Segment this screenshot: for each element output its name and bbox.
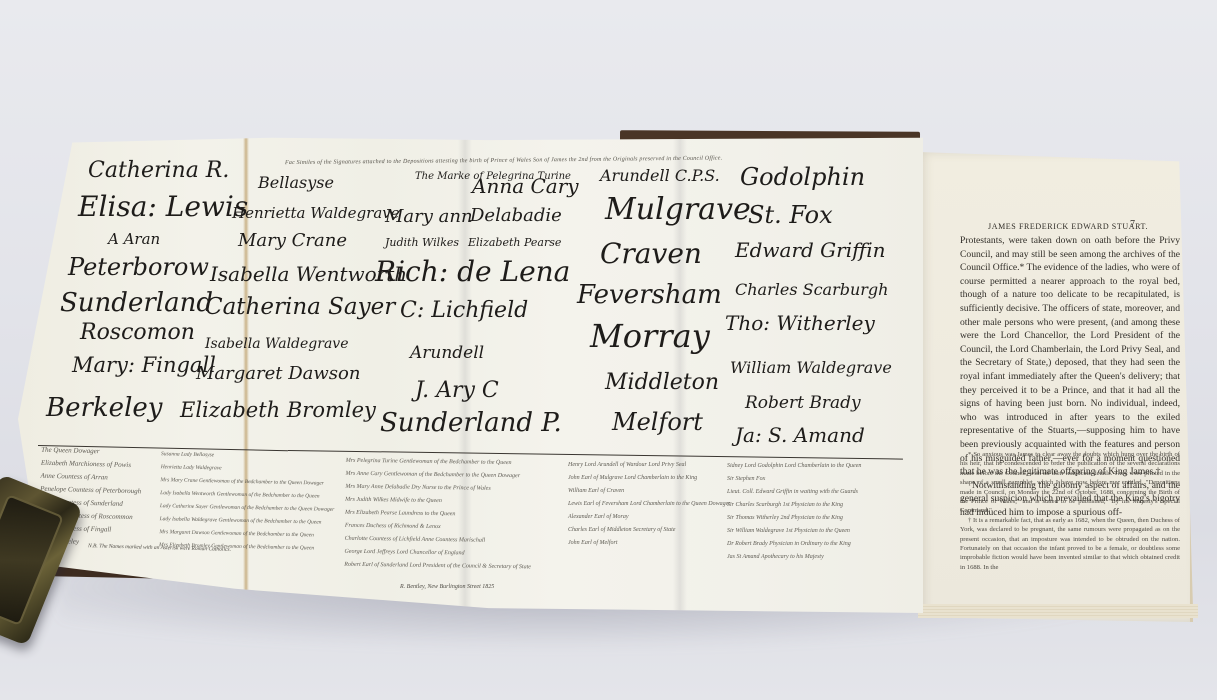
footnote-2: † It is a remarkable fact, that as early… [960,516,1180,572]
signature: Morray [590,320,710,352]
signature: Feversham [577,282,722,308]
signature: Middleton [605,372,719,394]
list-item: Sir William Waldegrave 1st Physician to … [727,525,861,538]
signature: Bellasyse [258,175,334,191]
names-list-column-3: Mrs Pelegrina Turine Gentlewoman of the … [344,455,532,575]
list-item: Alexander Earl of Moray [568,511,731,524]
list-item: Lewis Earl of Feversham Lord Chamberlain… [568,498,731,511]
signature: Margaret Dawson [196,365,360,383]
signature: Anna Cary [472,176,579,196]
signature: Peterborow [68,255,209,279]
list-item: Jas St Amand Apothecary to his Majesty [727,551,861,564]
signature: Edward Griffin [735,240,886,260]
publisher-imprint: R. Bentley, New Burlington Street 1825 [400,584,494,590]
signature: Mary ann [385,208,473,226]
signature: Delabadie [470,207,562,225]
list-item: John Earl of Melfort [568,537,731,550]
signature: Catherina R. [88,160,229,182]
bronze-inner-panel [0,494,64,626]
signature: Charles Scarburgh [735,282,888,298]
names-list-column-5: Sidney Lord Godolphin Lord Chamberlain t… [727,460,861,564]
signature: Sunderland [60,290,213,316]
signature: Godolphin [740,165,865,189]
names-list-column-2: Susanna Lady Bellasyse Henrietta Lady Wa… [159,448,336,556]
list-item: Dr Robert Brady Physician in Ordinary to… [727,538,861,551]
list-item: Sidney Lord Godolphin Lord Chamberlain t… [727,460,861,473]
signature: J. Ary C [415,380,499,402]
signature: Ja: S. Amand [735,425,865,445]
signature: Arundell C.P.S. [600,168,720,184]
signature: William Waldegrave [730,360,892,376]
list-item: Robert Earl of Sunderland Lord President… [344,559,531,575]
page-number: 7 [1130,219,1135,230]
list-item: John Earl of Mulgrave Lord Chamberlain t… [568,472,731,485]
signature: Craven [600,240,702,268]
signature: A Aran [108,232,160,247]
list-item: Henry Lord Arundell of Wardour Lord Priv… [568,459,731,472]
footnote-1: * So anxious was James to clear away the… [960,450,1180,516]
signature: Mulgrave [605,195,751,225]
signature: Berkeley [46,395,162,421]
list-item: Charles Earl of Middleton Secretary of S… [568,524,731,537]
signature: Henrietta Waldegrave [232,206,400,221]
signature: Judith Wilkes [385,237,459,248]
signature: Robert Brady [745,395,861,412]
signature: Sunderland P. [380,410,562,436]
photo-scene: JAMES FREDERICK EDWARD STUART. 7 Protest… [0,0,1217,700]
signature: Rich: de Lena [375,258,570,286]
signature: Isabella Waldegrave [205,337,349,351]
signature: Elizabeth Bromley [180,400,376,421]
book-page-edges [918,604,1198,618]
names-list-column-4: Henry Lord Arundell of Wardour Lord Priv… [568,459,731,550]
signature: Tho: Witherley [725,313,875,333]
signature: Mary: Fingall [72,355,216,376]
signature: Arundell [410,345,484,362]
list-item: Lieut. Coll. Edward Griffin in waiting w… [727,486,861,499]
footnotes: * So anxious was James to clear away the… [960,450,1180,572]
signature: C: Lichfield [400,300,528,322]
signature: Catherina Sayer [205,296,395,319]
paragraph-1: Protestants, were taken down on oath bef… [960,234,1180,479]
list-item: Sir Thomas Witherley 2nd Physician to th… [727,512,861,525]
signature: Elisa: Lewis [78,193,248,221]
running-head: JAMES FREDERICK EDWARD STUART. [988,222,1148,231]
signature: Elizabeth Pearse [468,237,561,248]
signature: St. Fox [748,203,833,227]
list-item: Sir Charles Scarburgh 1st Physician to t… [727,499,861,512]
list-item: William Earl of Craven [568,485,731,498]
signature: Melfort [612,410,703,434]
list-item: Sir Stephen Fox [727,473,861,486]
signature: Mary Crane [238,232,347,250]
signature: Roscomon [80,322,195,344]
